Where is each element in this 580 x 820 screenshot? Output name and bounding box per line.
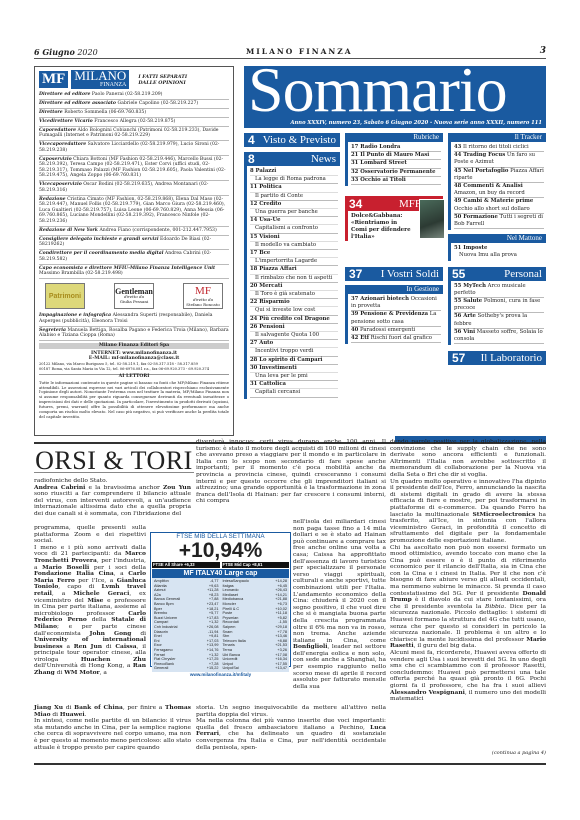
personal-list: 55 MyTech Arco musicale perfetto55 Salut… — [448, 281, 546, 346]
sommario-col-2: Rubriche 17 Radio Londra21 Il Punto di M… — [345, 133, 443, 344]
sommario-item[interactable]: 28 Lo spirito di Campari — [250, 357, 338, 365]
divider — [39, 278, 229, 279]
italy40-table: Amplifon-4,77Atlantia+9,63Azimut+11,28A2… — [152, 578, 289, 672]
sommario-item[interactable]: 12 CreditoUna guerra per banche — [250, 201, 338, 217]
section-news[interactable]: 8News — [244, 152, 340, 166]
divider — [34, 472, 194, 473]
tracker-list: 43 Il ritorno dei titoli ciclici44 Tradi… — [448, 142, 546, 230]
divider — [39, 340, 229, 341]
sommario-item[interactable]: 51 ImposteNuova Imu alla prova — [454, 245, 544, 259]
credit-line: Vicedirettore Vicario Francesco Allegra … — [39, 119, 229, 125]
address-roma: 00187 Roma, via Santa Maria in Via 12, t… — [39, 367, 229, 372]
credit-line: Segreteria Manuela Bettiga, Rosalba Paga… — [39, 328, 229, 339]
mf-badge: MF diretto da Stefano Roncato — [183, 283, 223, 309]
divider — [39, 140, 229, 141]
section-vostri-soldi[interactable]: 37I Vostri Soldi — [345, 267, 443, 281]
divider — [39, 264, 229, 265]
sommario-item[interactable]: 44 Trading Focus Un faro su Poste e Azim… — [454, 152, 544, 167]
credit-line: Direttore ed editore associato Gabriele … — [39, 101, 229, 107]
rubriche-header: Rubriche — [345, 133, 443, 142]
credit-line: Vicecaporedattore Salvatore Licciardello… — [39, 142, 229, 153]
sommario-item[interactable]: 31 CattolicaCapitali cercansi — [250, 381, 338, 397]
editorial-col-2-top: diventerà innocuo; certi virus durano an… — [196, 439, 386, 505]
editorial-col-1-narrow: programma, quelle presenti sulla piattaf… — [34, 525, 146, 677]
publisher-name: Milano Finanza Editori Spa — [39, 343, 229, 349]
news-list: 8 PalazziLa legge di Roma padrona11 Poli… — [244, 166, 340, 399]
mff-teaser[interactable]: Dolce&Gabbana: «Rientriamo in Comi per d… — [345, 211, 443, 241]
sommario-item[interactable]: 17 BceL'impertorrita Lagarde — [250, 250, 338, 266]
divider — [39, 195, 229, 196]
divider — [39, 117, 229, 118]
page-number: 3 — [540, 46, 546, 56]
credit-line: Redazione Cristina Cimato (MF Fashion, 0… — [39, 197, 229, 225]
sommario-item[interactable]: 27 AutoIncentivi troppo verdi — [250, 340, 338, 356]
divider — [39, 226, 229, 227]
mf-logo: MF — [39, 71, 68, 88]
credit-line: Vicecaposervizio Oscar Bodini (02-58.219… — [39, 182, 229, 193]
section-personal[interactable]: 55Personal — [448, 267, 546, 281]
issue-info: Anno XXXIV, numero 23, Sabato 6 Giugno 2… — [291, 120, 543, 126]
ftse-link[interactable]: www.milanofinanza.it/mfitaly — [151, 672, 290, 678]
sommario-item[interactable]: 40 Paradossi emergenti — [351, 327, 441, 335]
sommario-item[interactable]: 30 InvestimentiUna leva per le pmi — [250, 365, 338, 381]
mattone-list: 51 ImposteNuova Imu alla prova — [448, 243, 546, 260]
credit-line: Consigliere delegato inchieste e grandi … — [39, 237, 229, 248]
sommario-item[interactable]: 31 Lombard Street — [351, 160, 441, 168]
sommario-title: Sommario — [248, 60, 507, 120]
sommario-item[interactable]: 32 Osservatorio Permanente — [351, 169, 441, 177]
sommario-item[interactable]: 55 MyTech Arco musicale perfetto — [454, 283, 544, 298]
sommario-item[interactable]: 42 Etf Rischi fuori dal grafico — [351, 335, 441, 343]
sommario-item[interactable]: 49 Cambi & Materie prime Occhio allo sho… — [454, 198, 544, 213]
credit-line: Condirettore per il coordinamento media … — [39, 251, 229, 262]
sommario-item[interactable]: 55 Salute Polmoni, cura in fase precoce — [454, 298, 544, 313]
lettori-heading: AI LETTORI — [39, 374, 229, 379]
issue-date: 6 Giugno 2020 — [34, 47, 98, 57]
sommario-item[interactable]: 24 Più credito col Dragone — [250, 316, 338, 324]
milano-finanza-logo: MILANO FINANZA — [71, 70, 129, 89]
logo-row: MF MILANO FINANZA I FATTI SEPARATI DALLE… — [39, 70, 229, 89]
ftse-all-share: FTSE All Share +6,33 — [152, 562, 220, 568]
ftse-sub-indices: FTSE All Share +6,33 FTSE Mid Cap +8,61 — [152, 562, 289, 568]
credit-line: Impaginazione e infografica Alessandra S… — [39, 313, 229, 324]
divider — [39, 99, 229, 100]
sommario-item[interactable]: 20 MercatiIl Toro è già scatenato — [250, 283, 338, 299]
in-gestione-header: In Gestione — [345, 285, 443, 294]
sommario-item[interactable]: 8 PalazziLa legge di Roma padrona — [250, 168, 338, 184]
stock-row: UnipolSai+13,47 — [223, 666, 288, 671]
section-visto-previsto[interactable]: 4Visto & Previsto — [244, 133, 340, 147]
credit-line: Direttore ed editore Paolo Panerai (02-5… — [39, 92, 229, 98]
divider — [39, 126, 229, 127]
sommario-item[interactable]: 17 Radio Londra — [351, 144, 441, 152]
tracker-header: Il Tracker — [448, 133, 546, 142]
tagline: I FATTI SEPARATI DALLE OPINIONI — [138, 74, 187, 86]
section-laboratorio[interactable]: 57Il Laboratorio — [448, 351, 546, 365]
italy40-title: MF ITALY40 Large cap — [152, 569, 289, 578]
editorial-col-2-bottom: storia. Un segno inequivocabile da mette… — [196, 705, 386, 751]
divider — [39, 235, 229, 236]
sommario-item[interactable]: 15 VisioniIl modello va cambiato — [250, 234, 338, 250]
ftse-mib-box: FTSE MIB DELLA SETTIMANA +10,94% FTSE Al… — [150, 532, 291, 667]
continued-link[interactable]: (continua a pagina 4) — [390, 750, 546, 756]
mff-cover-image — [419, 199, 445, 239]
sommario-item[interactable]: 48 Commenti & Analisi Amazon, un buy da … — [454, 183, 544, 198]
sommario-item[interactable]: 39 Pensione & Previdenza La pensione sot… — [351, 311, 441, 326]
sommario-item[interactable]: 37 Azionari biotech Occasioni in provett… — [351, 296, 441, 311]
sommario-item[interactable]: 43 Il ritorno dei titoli ciclici — [454, 144, 544, 152]
sommario-item[interactable]: 50 Formazione Tutti i segreti di Bob Far… — [454, 214, 544, 229]
sommario-item[interactable]: 45 Nel Portafoglio Piazza Affari riparte — [454, 168, 544, 183]
sommario-item[interactable]: 22 RisparmioQui si investe low cost — [250, 299, 338, 315]
editorial-col-1-bottom: Jiang Xu di Bank of China, per finire a … — [34, 705, 191, 751]
stock-row: Generali+15,22 — [154, 666, 219, 671]
sommario-col-1: 4Visto & Previsto 8News 8 PalazziLa legg… — [244, 133, 340, 399]
mattone-header: Nel Mattone — [448, 234, 546, 243]
staff-credits-2: Impaginazione e infografica Alessandra S… — [39, 313, 229, 341]
vostri-soldi-list: 37 Azionari biotech Occasioni in provett… — [345, 294, 443, 344]
editorial-col-1-top: radiofoniche dello Stato. Andrea Cabrini… — [34, 478, 191, 518]
sommario-banner: Sommario Anno XXXIV, numero 23, Sabato 6… — [244, 66, 546, 128]
sommario-item[interactable]: 33 Occhio ai Titoli — [351, 177, 441, 185]
credit-line: Capo economista e direttore MFIU-Milano … — [39, 266, 229, 277]
divider — [39, 326, 229, 327]
ftse-weekly-change: +10,94% — [151, 541, 290, 561]
sommario-item[interactable]: 21 Il Punto di Mauro Masi — [351, 152, 441, 160]
divider — [34, 763, 546, 765]
editorial-col-2-narrow: nell'isola dei miliardari cinesi non pag… — [293, 519, 386, 690]
credit-line: Caposervizio Chiara Bottoni (MF Fashion … — [39, 157, 229, 179]
ftse-mid-cap: FTSE Mid Cap +8,61 — [222, 562, 290, 568]
sommario-col-3: Il Tracker 43 Il ritorno dei titoli cicl… — [448, 133, 546, 365]
rubriche-list: 17 Radio Londra21 Il Punto di Mauro Masi… — [345, 142, 443, 186]
sommario-item[interactable]: 56 Vini Masseto soffre, Solaia lo consol… — [454, 329, 544, 344]
sommario-item[interactable]: 11 PoliticaIl partito di Conte — [250, 184, 338, 200]
divider — [39, 108, 229, 109]
supplement-badges: Patrimoni Gentleman diretto da Giulia Pe… — [45, 283, 223, 309]
disclaimer-text: Tutte le informazioni contenute in quest… — [39, 381, 229, 420]
divider — [39, 155, 229, 156]
gentleman-badge: Gentleman diretto da Giulia Pessani — [114, 283, 154, 309]
masthead-box: MF MILANO FINANZA I FATTI SEPARATI DALLE… — [34, 66, 234, 436]
sommario-item[interactable]: 18 Piazza AffariIl rimbalzo che non ti a… — [250, 266, 338, 282]
staff-credits: Direttore ed editore Paolo Panerai (02-5… — [39, 92, 229, 279]
credit-line: Caporedattore Aldo Bolognini Cobianchi (… — [39, 128, 229, 139]
editorial-col-3: dendo parole positive per la globalizzaz… — [390, 439, 546, 703]
sommario-item[interactable]: 14 Usa-UeCapitalismi a confronto — [250, 217, 338, 233]
credit-line: Redazione di New York Andrea Fiano (corr… — [39, 228, 229, 234]
credit-line: Direttore Roberto Sommella (06-69.760.83… — [39, 110, 229, 116]
patrimoni-badge: Patrimoni — [45, 283, 85, 309]
sommario-item[interactable]: 26 PensioniIl salvagente Quota 100 — [250, 324, 338, 340]
sommario-item[interactable]: 56 Arte Sotheby's prova la febbre — [454, 313, 544, 328]
